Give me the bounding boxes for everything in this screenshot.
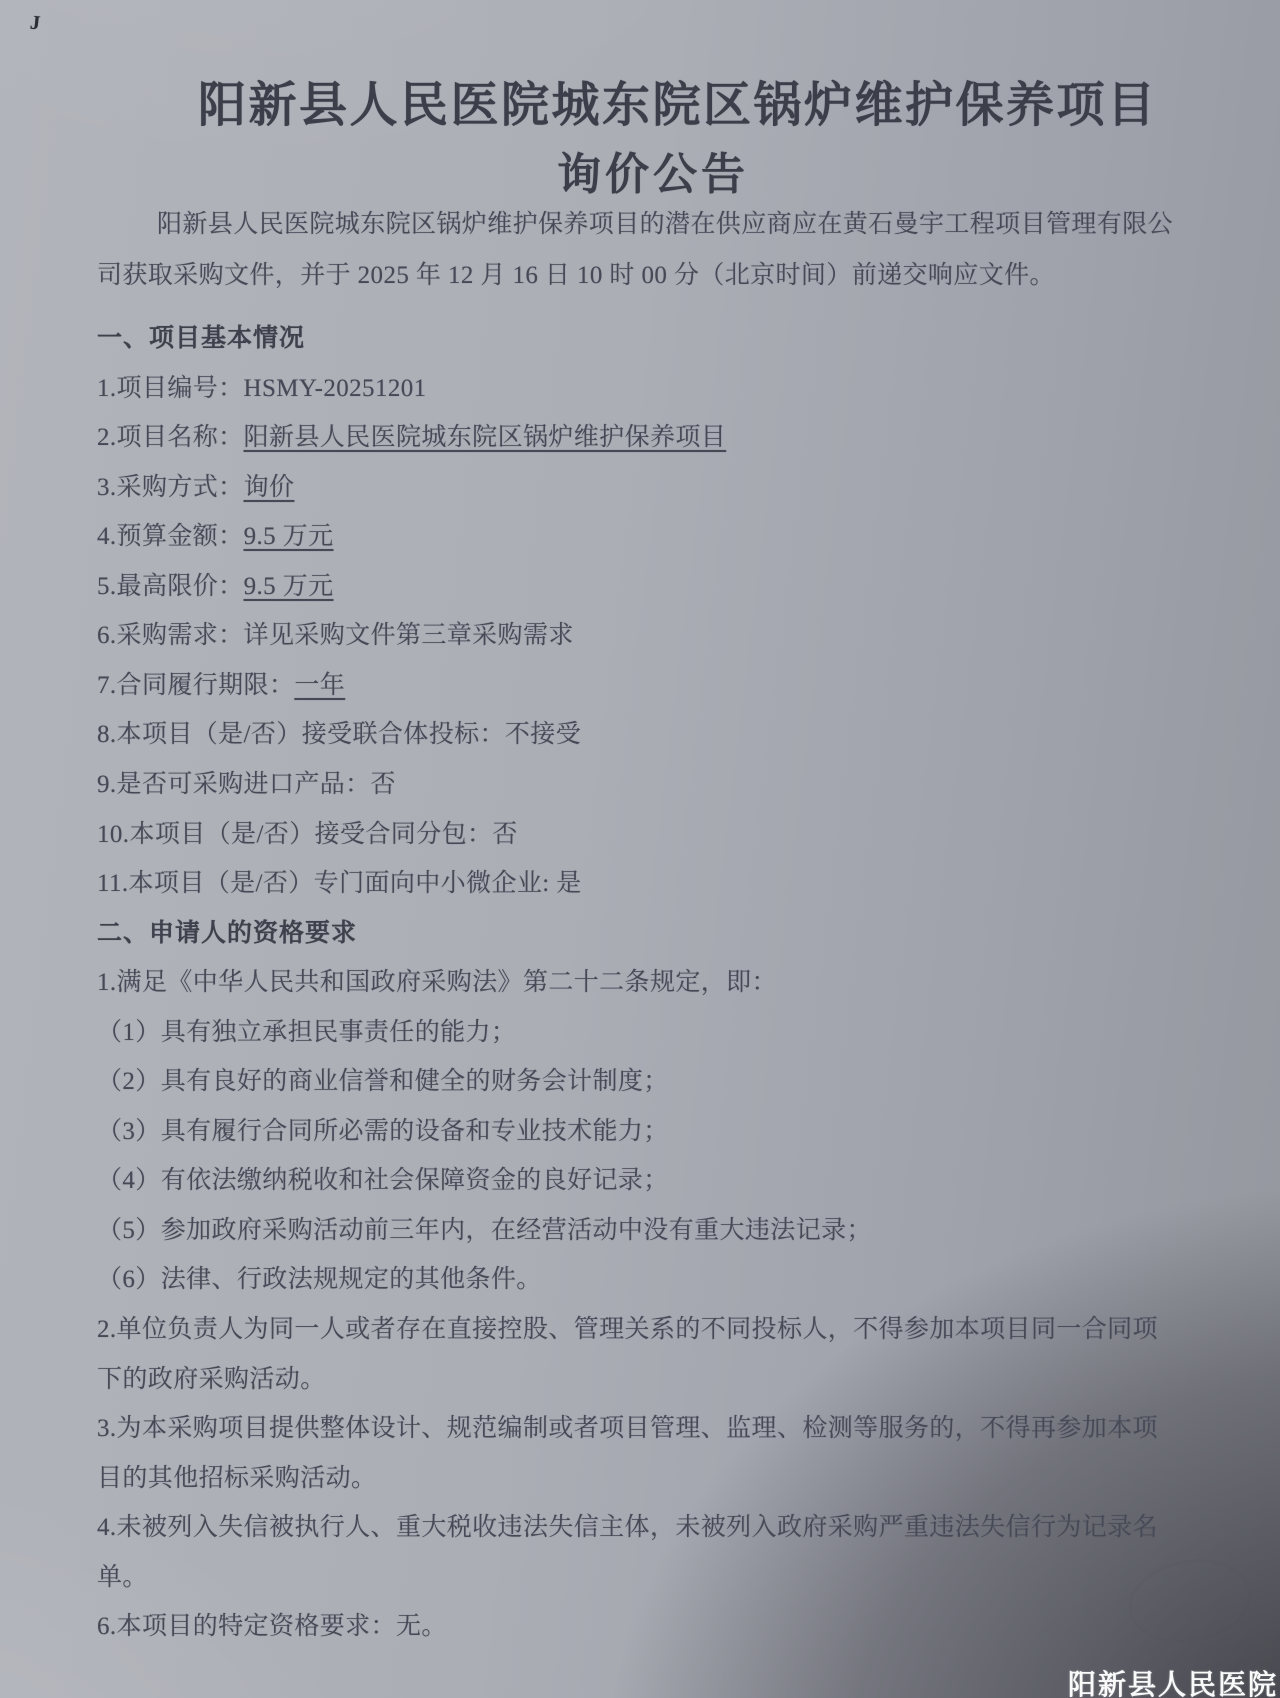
- intro-paragraph-line: 司获取采购文件，并于 2025 年 12 月 16 日 10 时 00 分（北京…: [97, 255, 1055, 291]
- text-segment: 1.满足《中华人民共和国政府采购法》第二十二条规定，即：: [97, 969, 777, 996]
- text-segment: 11.本项目（是/否）专门面向中小微企业: 是: [97, 870, 582, 897]
- text-segment: 单。: [97, 1564, 148, 1591]
- document-line: 10.本项目（是/否）接受合同分包：否: [97, 818, 518, 852]
- intro-paragraph-line: 阳新县人民医院城东院区锅炉维护保养项目的潜在供应商应在黄石曼宇工程项目管理有限公: [157, 204, 1173, 240]
- text-segment: 一、项目基本情况: [97, 325, 305, 352]
- document-content: J 阳新县人民医院城东院区锅炉维护保养项目 询价公告 阳新县人民医院城东院区锅炉…: [0, 0, 1280, 1698]
- document-line: 7.合同履行期限：一年: [97, 669, 345, 703]
- document-line: 目的其他招标采购活动。: [97, 1462, 376, 1496]
- text-segment: 1.项目编号：HSMY-20251201: [97, 375, 427, 402]
- text-segment: 2.项目名称：: [97, 424, 244, 451]
- document-line: 1.项目编号：HSMY-20251201: [97, 372, 427, 406]
- document-line: 下的政府采购活动。: [97, 1363, 326, 1397]
- corner-pen-mark: J: [29, 12, 41, 36]
- document-title: 阳新县人民医院城东院区锅炉维护保养项目: [198, 66, 1158, 135]
- text-segment: （2）具有良好的商业信誉和健全的财务会计制度；: [97, 1068, 669, 1095]
- text-segment: （5）参加政府采购活动前三年内，在经营活动中没有重大违法记录；: [97, 1217, 872, 1244]
- document-line: （4）有依法缴纳税收和社会保障资金的良好记录；: [97, 1164, 669, 1198]
- scanned-document-page: J 阳新县人民医院城东院区锅炉维护保养项目 询价公告 阳新县人民医院城东院区锅炉…: [0, 0, 1280, 1698]
- text-segment: 3.采购方式：: [97, 474, 244, 501]
- text-segment: 6.采购需求：详见采购文件第三章采购需求: [97, 622, 574, 649]
- document-line: 2.单位负责人为同一人或者存在直接控股、管理关系的不同投标人，不得参加本项目同一…: [97, 1313, 1158, 1347]
- text-segment: （3）具有履行合同所必需的设备和专业技术能力；: [97, 1118, 669, 1145]
- underlined-value: 询价: [244, 474, 295, 501]
- hospital-watermark: 阳新县人民医院: [1068, 1663, 1278, 1698]
- document-line: （6）法律、行政法规规定的其他条件。: [97, 1263, 542, 1297]
- text-segment: 3.为本采购项目提供整体设计、规范编制或者项目管理、监理、检测等服务的，不得再参…: [97, 1415, 1158, 1442]
- document-line: 3.为本采购项目提供整体设计、规范编制或者项目管理、监理、检测等服务的，不得再参…: [97, 1412, 1158, 1446]
- document-subtitle: 询价公告: [557, 138, 749, 202]
- text-segment: 目的其他招标采购活动。: [97, 1465, 376, 1492]
- document-line: 5.最高限价：9.5 万元: [97, 570, 333, 604]
- text-segment: 10.本项目（是/否）接受合同分包：否: [97, 821, 518, 848]
- document-line: 1.满足《中华人民共和国政府采购法》第二十二条规定，即：: [97, 966, 777, 1000]
- document-line: （1）具有独立承担民事责任的能力；: [97, 1016, 516, 1050]
- document-line: 6.采购需求：详见采购文件第三章采购需求: [97, 619, 574, 653]
- text-segment: 4.预算金额：: [97, 523, 244, 550]
- text-segment: （4）有依法缴纳税收和社会保障资金的良好记录；: [97, 1167, 669, 1194]
- document-line: 4.未被列入失信被执行人、重大税收违法失信主体，未被列入政府采购严重违法失信行为…: [97, 1511, 1158, 1545]
- underlined-value: 一年: [294, 672, 345, 699]
- text-segment: 二、申请人的资格要求: [97, 920, 357, 947]
- text-segment: 4.未被列入失信被执行人、重大税收违法失信主体，未被列入政府采购严重违法失信行为…: [97, 1514, 1158, 1541]
- document-line: （3）具有履行合同所必需的设备和专业技术能力；: [97, 1115, 669, 1149]
- document-line: 9.是否可采购进口产品：否: [97, 768, 396, 802]
- underlined-value: 9.5 万元: [244, 523, 334, 550]
- text-segment: 5.最高限价：: [97, 573, 244, 600]
- document-line: （5）参加政府采购活动前三年内，在经营活动中没有重大违法记录；: [97, 1214, 872, 1248]
- text-segment: （1）具有独立承担民事责任的能力；: [97, 1019, 516, 1046]
- underlined-value: 阳新县人民医院城东院区锅炉维护保养项目: [244, 424, 727, 451]
- document-line: 8.本项目（是/否）接受联合体投标：不接受: [97, 718, 581, 752]
- text-segment: 2.单位负责人为同一人或者存在直接控股、管理关系的不同投标人，不得参加本项目同一…: [97, 1316, 1158, 1343]
- section-heading: 二、申请人的资格要求: [97, 917, 357, 951]
- section-heading: 一、项目基本情况: [97, 322, 305, 356]
- text-segment: 9.是否可采购进口产品：否: [97, 771, 396, 798]
- document-line: 3.采购方式：询价: [97, 471, 294, 505]
- document-line: 4.预算金额：9.5 万元: [97, 520, 333, 554]
- text-segment: （6）法律、行政法规规定的其他条件。: [97, 1266, 542, 1293]
- document-line: 11.本项目（是/否）专门面向中小微企业: 是: [97, 867, 582, 901]
- document-line: 6.本项目的特定资格要求：无。: [97, 1610, 447, 1644]
- underlined-value: 9.5 万元: [244, 573, 334, 600]
- text-segment: 下的政府采购活动。: [97, 1366, 326, 1393]
- document-line: （2）具有良好的商业信誉和健全的财务会计制度；: [97, 1065, 669, 1099]
- text-segment: 8.本项目（是/否）接受联合体投标：不接受: [97, 721, 581, 748]
- text-segment: 7.合同履行期限：: [97, 672, 294, 699]
- document-line: 2.项目名称：阳新县人民医院城东院区锅炉维护保养项目: [97, 421, 726, 455]
- document-line: 单。: [97, 1561, 148, 1595]
- text-segment: 6.本项目的特定资格要求：无。: [97, 1613, 447, 1640]
